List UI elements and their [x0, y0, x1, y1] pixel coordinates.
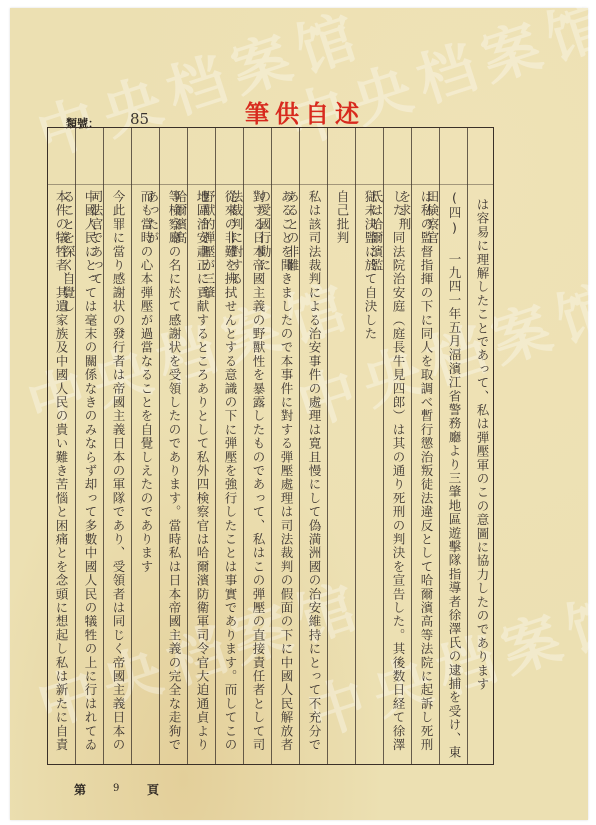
column-text: 自己批判: [331, 190, 353, 245]
column-text: は私の監督指揮の下に同人を取調べ暫行懲治叛徒法違反として哈爾濱高等法院に起訴し死…: [415, 190, 437, 764]
manuscript-grid: は容易に理解したことであって、私は弾壓軍のこの意圖に協力したのであります(四) …: [47, 127, 494, 765]
text-column: 而も當時の心本弾壓が過當なることを自覺しえたのであります: [131, 128, 159, 764]
document-title: 筆供自述: [240, 94, 370, 129]
column-text: 今此罪に當り感謝状の發行者は帝國主義日本の軍隊であり、受領者は同じく帝國主義日本…: [107, 190, 129, 764]
text-column: 等検察廳の名に於て感謝状を受領したのであります。當時私は日本帝國主義の完全な走狗…: [159, 128, 187, 764]
text-column: 私は該司法裁判による治安事件の處理は寛且慢にして偽満洲國の治安維持にとって不充分…: [299, 128, 327, 764]
text-column: は私の監督指揮の下に同人を取調べ暫行懲治叛徒法違反として哈爾濱高等法院に起訴し死…: [411, 128, 439, 764]
column-text: 本件の犠牲者、其遺家族及中國人民の貴い難き苦惱と困痛とを念頭に想起し私は新たに自…: [50, 190, 72, 752]
column-text: 中國人民にとっては毫末の關係なきのみならず却って多數中國人民の犠牲の上に行はれて…: [79, 190, 101, 764]
column-text: した。同法院治安庭（庭長牛見四郎）は其の通り死刑の判決を宣告した。其後数日経て徐…: [387, 190, 409, 764]
text-column: は容易に理解したことであって、私は弾壓軍のこの意圖に協力したのであります: [467, 128, 495, 764]
text-column: 本件の犠牲者、其遺家族及中國人民の貴い難き苦惱と困痛とを念頭に想起し私は新たに自…: [47, 128, 75, 764]
column-text: 而も當時の心本弾壓が過當なることを自覺しえたのであります: [135, 190, 157, 574]
column-text: 等検察廳の名に於て感謝状を受領したのであります。當時私は日本帝國主義の完全な走狗…: [163, 190, 185, 764]
page-suffix: 頁: [147, 781, 159, 798]
column-text: 從來の非難を拂拭せんとする意識の下に弾壓を強行したことは事實であります。而してこ…: [219, 190, 241, 764]
text-column: した。同法院治安庭（庭長牛見四郎）は其の通り死刑の判決を宣告した。其後数日経て徐…: [383, 128, 411, 764]
column-text: 地區治安肅正に貢献するところありとして私外四検察官は哈爾濱防衛軍司令官大迫通貞よ…: [191, 190, 213, 764]
text-column: 獄未決監に於て自決した: [355, 128, 383, 764]
column-text: 私は該司法裁判による治安事件の處理は寛且慢にして偽満洲國の治安維持にとって不充分…: [303, 190, 325, 764]
page-number: 9: [113, 783, 119, 794]
text-column: 中國人民にとっては毫末の關係なきのみならず却って多數中國人民の犠牲の上に行はれて…: [75, 128, 103, 764]
text-column: あることを聞きましたので本事件に對する弾壓處理は司法裁判の假面の下に中國人民解放…: [271, 128, 299, 764]
page-prefix: 第: [74, 781, 86, 798]
column-text: (四) 一九四一年五月湢濱江省警務廳より三肇地區遊擊隊指導者徐澤氏の逮捕を受け、…: [443, 190, 465, 764]
column-text: 對する日本帝國主義の野獸性を暴露したものであって、私はこの弾壓の直接責任者として…: [247, 190, 269, 764]
column-text: 獄未決監に於て自決した: [359, 190, 381, 341]
text-column: 自己批判: [327, 128, 355, 764]
text-column: 地區治安肅正に貢献するところありとして私外四検察官は哈爾濱防衛軍司令官大迫通貞よ…: [187, 128, 215, 764]
document-page: 中央档案馆 中央档案馆 中央档案馆 中央档案馆 中央档案馆 中央档案馆 筆供自述…: [10, 8, 588, 820]
text-column: 今此罪に當り感謝状の發行者は帝國主義日本の軍隊であり、受領者は同じく帝國主義日本…: [103, 128, 131, 764]
column-text: は容易に理解したことであって、私は弾壓軍のこの意圖に協力したのであります: [471, 198, 493, 691]
text-column: (四) 一九四一年五月湢濱江省警務廳より三肇地區遊擊隊指導者徐澤氏の逮捕を受け、…: [439, 128, 467, 764]
column-text: あることを聞きましたので本事件に對する弾壓處理は司法裁判の假面の下に中國人民解放…: [275, 190, 297, 764]
text-column: 從來の非難を拂拭せんとする意識の下に弾壓を強行したことは事實であります。而してこ…: [215, 128, 243, 764]
text-column: 對する日本帝國主義の野獸性を暴露したものであって、私はこの弾壓の直接責任者として…: [243, 128, 271, 764]
file-number: 85: [130, 110, 149, 128]
